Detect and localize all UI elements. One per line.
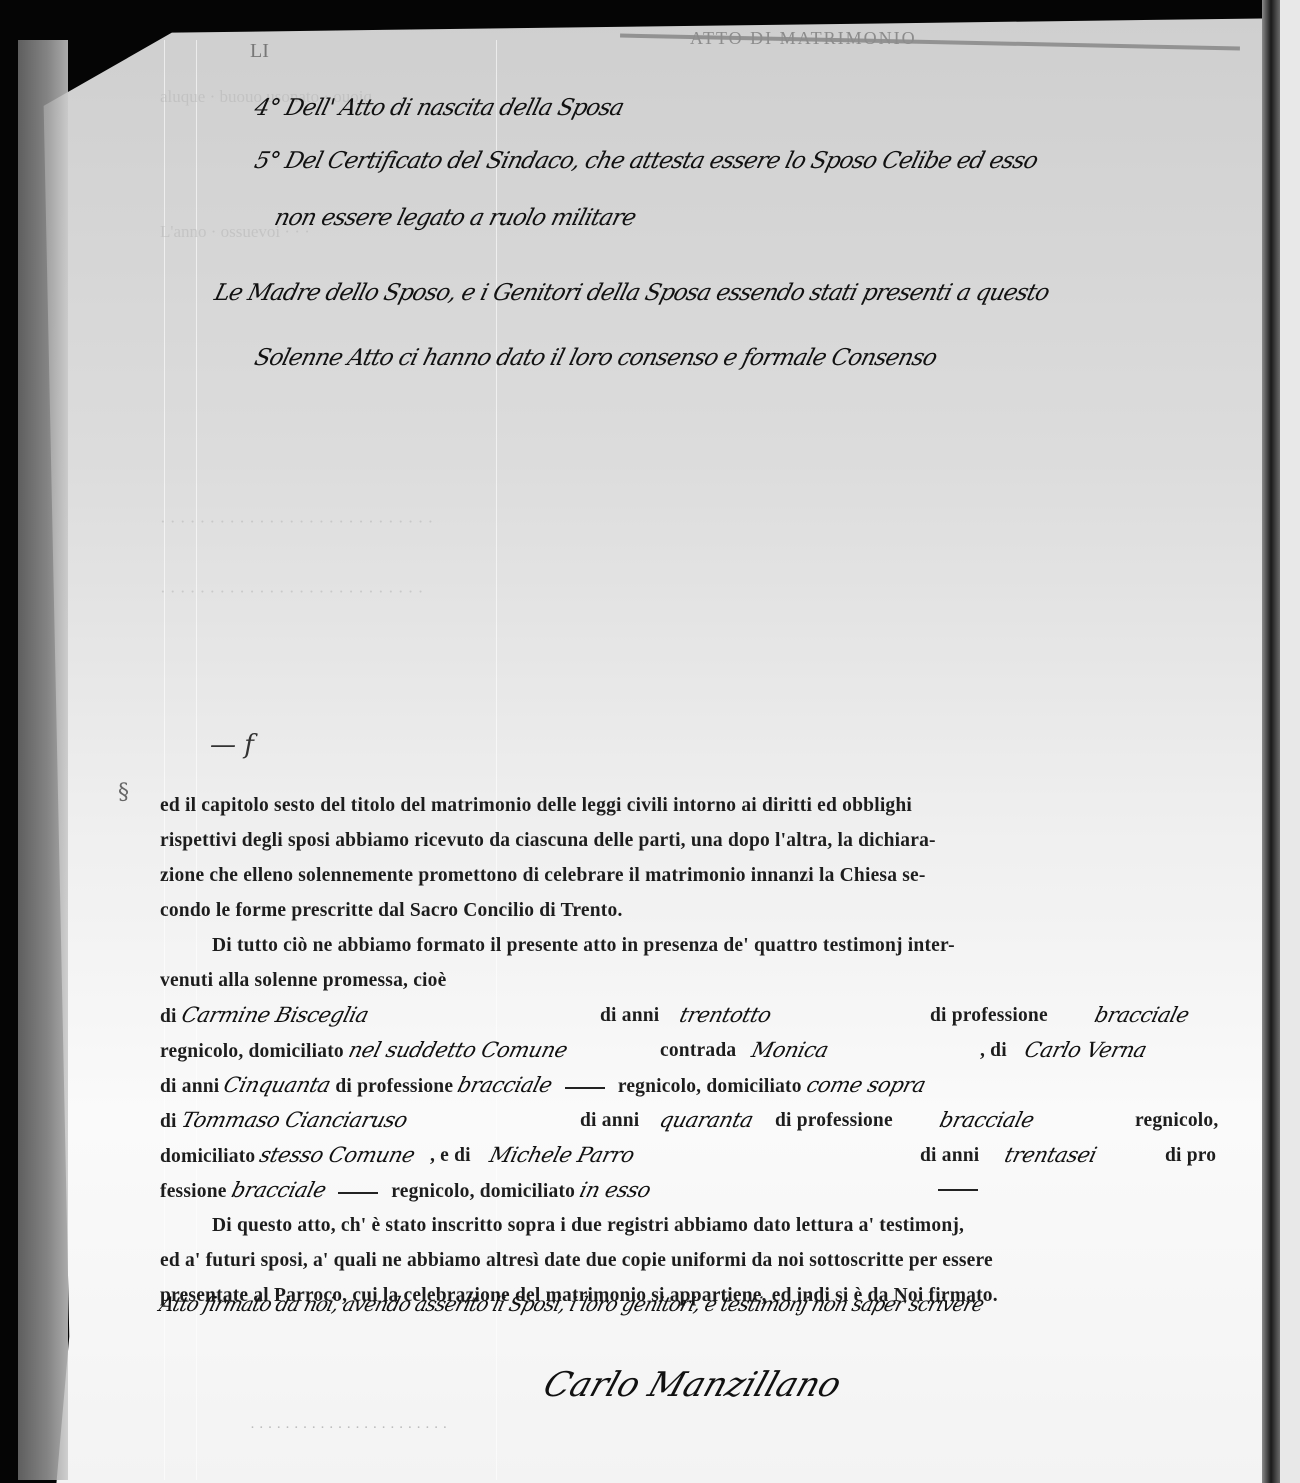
witness-name: Carlo Verna (1021, 1033, 1151, 1068)
witness-domicile: in esso (576, 1173, 655, 1208)
printed-line: venuti alla solenne promessa, cioè (160, 963, 1250, 998)
blank-dash (938, 1189, 978, 1191)
witness-profession: bracciale (454, 1068, 556, 1103)
witness-profession: bracciale (936, 1103, 1038, 1138)
handwritten-line: Le Madre dello Sposo, e i Genitori della… (212, 280, 1052, 306)
printed-body: ed il capitolo sesto del titolo del matr… (160, 788, 1250, 1313)
facing-page-edge (1280, 0, 1300, 1483)
witness-age: quaranta (656, 1103, 757, 1138)
printed-line: Di questo atto, ch' è stato inscritto so… (160, 1208, 1250, 1243)
witness-profession: bracciale (227, 1173, 329, 1208)
margin-flourish: § (118, 780, 129, 805)
page-edge-shadow (18, 40, 68, 1480)
handwritten-line: 5° Del Certificato del Sindaco, che atte… (252, 148, 1040, 174)
witness-name: Michele Parro (486, 1138, 638, 1173)
running-head: ATTO DI MATRIMONIO (690, 28, 917, 49)
witness-name: Carmine Bisceglia (177, 998, 372, 1033)
blank-dash (338, 1192, 378, 1194)
printed-line: ed il capitolo sesto del titolo del matr… (160, 788, 1250, 823)
witness-domicile: come sopra (802, 1068, 929, 1103)
handwritten-closing-note: Atto firmato da noi, avendo asserito li … (157, 1292, 986, 1316)
witness-domicile: stesso Comune (256, 1138, 419, 1173)
printed-line: rispettivi degli sposi abbiamo ricevuto … (160, 823, 1250, 858)
bleed-through-text: · · · · · · · · · · · · · · · · · · · · … (160, 575, 423, 609)
witness-row: fessione bracciale regnicolo, domiciliat… (160, 1173, 1250, 1208)
handwritten-line: Solenne Atto ci hanno dato il loro conse… (252, 345, 939, 371)
witness-row: domiciliato stesso Comune , e di Michele… (160, 1138, 1250, 1173)
witness-row: di Tommaso Cianciaruso di anni quaranta … (160, 1103, 1250, 1138)
witness-age: trentasei (1001, 1138, 1101, 1173)
page-number: LI (250, 40, 269, 63)
printed-line: zione che elleno solennemente promettono… (160, 858, 1250, 893)
witness-domicile: nel suddetto Comune (345, 1033, 571, 1068)
printed-line: ed a' futuri sposi, a' quali ne abbiamo … (160, 1243, 1250, 1278)
witness-age: Cinquanta (220, 1068, 335, 1103)
witness-street: Monica (748, 1033, 832, 1068)
margin-mark: — f (210, 730, 254, 760)
witness-row: regnicolo, domiciliato nel suddetto Comu… (160, 1033, 1250, 1068)
official-signature: Carlo Manzillano (539, 1365, 847, 1405)
handwritten-line: non essere legato a ruolo militare (272, 205, 638, 231)
witness-age: trentotto (676, 998, 775, 1033)
witness-row: di anni Cinquanta di professione braccia… (160, 1068, 1250, 1103)
blank-dash (565, 1087, 605, 1089)
handwritten-line: 4° Dell' Atto di nascita della Sposa (252, 95, 626, 121)
witness-profession: bracciale (1091, 998, 1193, 1033)
printed-line: Di tutto ciò ne abbiamo formato il prese… (160, 928, 1250, 963)
witness-row: di Carmine Bisceglia di anni trentotto d… (160, 998, 1250, 1033)
bleed-through-text: · · · · · · · · · · · · · · · · · · · · … (250, 1420, 447, 1437)
printed-line: condo le forme prescritte dal Sacro Conc… (160, 893, 1250, 928)
binding-gutter (1262, 0, 1280, 1483)
bleed-through-text: · · · · · · · · · · · · · · · · · · · · … (160, 505, 433, 539)
witness-name: Tommaso Cianciaruso (177, 1103, 411, 1138)
